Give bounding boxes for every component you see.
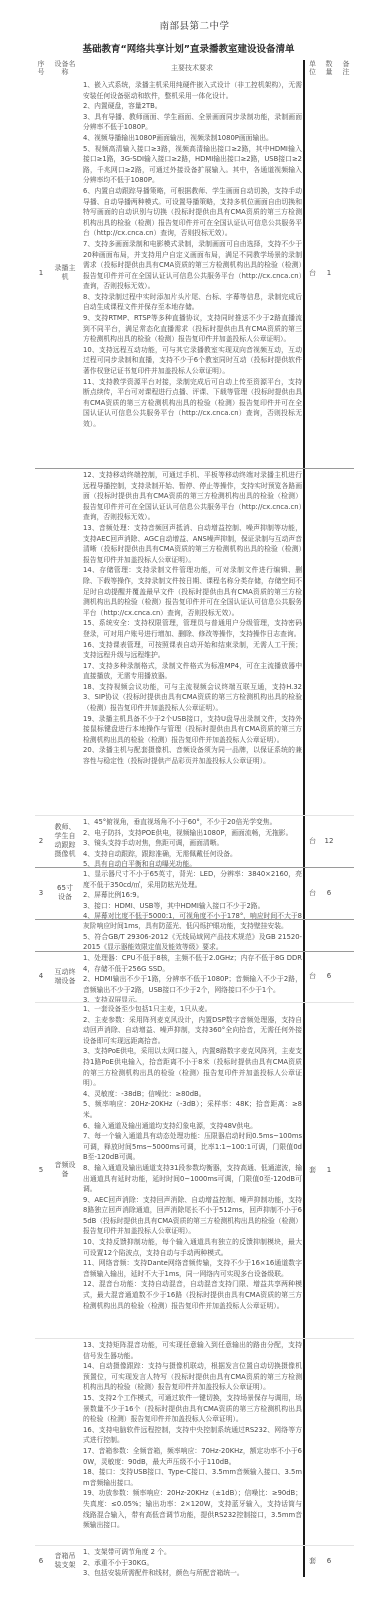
- row-specs: 1、显示器尺寸不小于65英寸，背光：LED，分辨率：3840×2160，亮度不低…: [80, 867, 304, 919]
- row-specs: 13、支持矩阵混音功能，可实现任意输入到任意输出的路由分配，支持信号发生器功能。…: [80, 1338, 304, 1545]
- header-qty: 数量: [321, 58, 337, 78]
- row-qty: 6: [321, 867, 337, 919]
- spec-item: 7、支持多画面录制和电影模式录制，录制画面可自由选择，支持不少于20种画面布局，…: [83, 239, 302, 292]
- spec-item: 11、支持教学资源平台对接，录制完成后可自动上传至资源平台，支持断点续传，平台可…: [83, 377, 302, 430]
- spec-item: 2、HDMI输出不少于1路，分辨率不低于1080P；音频输入不少于2路，音频输出…: [83, 974, 302, 995]
- spec-item: 2、屏幕比例16:9。: [83, 890, 302, 901]
- row-remark: [337, 815, 355, 867]
- table-header: 序号 设备名称 主要技术要求 单位 数量 备注: [33, 58, 355, 78]
- header-unit: 单位: [304, 58, 321, 78]
- spec-item: 10、支持远程互动功能，可与其它录播教室实现双向音视频互动，互动过程可同步录制和…: [83, 345, 302, 377]
- row-no: 1: [33, 78, 49, 468]
- table-row-continuation: 12、支持移动终端控制，可通过手机、平板等移动终端对录播主机进行远程导播控制，支…: [33, 468, 355, 815]
- spec-item: 6、内置自动跟踪导播策略，可根据教师、学生画面自动切换，支持手动导播、自动导播两…: [83, 186, 302, 239]
- table-row: 6 音箱吊装支架 1、支架带可调节角度 2 个。2、承重不小于30KG。3、包括…: [33, 1545, 355, 1577]
- spec-item: 12、支持移动终端控制，可通过手机、平板等移动终端对录播主机进行远程导播控制，支…: [83, 470, 302, 523]
- row-divider: [35, 1338, 354, 1339]
- spec-item: 9、支持RTMP、RTSP等多种直播协议，支持同时推送不少于2路直播流到不同平台…: [83, 313, 302, 345]
- row-name: 音箱吊装支架: [50, 1545, 80, 1577]
- spec-item: 16、支持课表管理，可按照课表自动开始和结束录制，无需人工干预；支持远程升级与远…: [83, 640, 302, 661]
- spec-item: 1、处理器：CPU不低于8核，主频不低于2.0GHz；内存不低于8G DDR4，…: [83, 953, 302, 974]
- spec-item: 18、支持视频会议功能，可与主流视频会议终端互联互通，支持H.323、SIP协议…: [83, 682, 302, 714]
- row-specs: 1、一套设备至少包括1只主麦，1只从麦。2、主麦参数：采用阵列麦克风设计，内置D…: [80, 1002, 304, 1338]
- spec-item: 19、功放参数：频率响应：20Hz-20KHz（±1dB）；信噪比：≥90dB；…: [83, 1488, 302, 1530]
- spec-item: 1、一套设备至少包括1只主麦，1只从麦。: [83, 1004, 302, 1015]
- row-name: 互动终端设备: [50, 951, 80, 1002]
- row-specs: 1、嵌入式系统，录播主机采用纯硬件嵌入式设计（非工控机架构），无需安装任何设备驱…: [80, 78, 304, 468]
- spec-item: 14、存储管理：支持录制文件管理功能，可对录制文件进行编辑、删除、下载等操作，支…: [83, 565, 302, 618]
- table-row-continuation: 灰阶响应时间1ms，具有防蓝光、低闪烁护眼功能，支持壁挂安装。5、符合GB/T …: [33, 919, 355, 951]
- spec-item: 15、系统安全：支持权限管理，管理员与普通用户分级管理，支持密码登录，可对用户账…: [83, 618, 302, 639]
- spec-item: 4、视频导播输出1080P画面输出，视频录制1080P画面输出。: [83, 133, 302, 144]
- spec-item: 4、灵敏度：-38dB；信噪比：≥80dB。: [83, 1089, 302, 1100]
- row-remark: [337, 867, 355, 919]
- table-row: 2 教师、学生自动跟踪摄像机 1、45°俯视角，垂直视场角不小于60°，不少于2…: [33, 815, 355, 867]
- header-name: 设备名称: [50, 58, 80, 78]
- row-unit: 台: [304, 951, 321, 1002]
- spec-item: 2、承重不小于30KG。: [83, 1558, 302, 1569]
- spec-item: 15、支持2个工作模式，可通过软件一键切换，支持场景保存与调用，场景数量不少于1…: [83, 1393, 302, 1425]
- row-divider: [35, 1002, 354, 1003]
- table-row: 5 音频设备 1、一套设备至少包括1只主麦，1只从麦。2、主麦参数：采用阵列麦克…: [33, 1002, 355, 1338]
- spec-item: 13、音频处理：支持音频回声抵消、自动增益控制、噪声抑制等功能，支持AEC回声消…: [83, 523, 302, 565]
- row-specs: 灰阶响应时间1ms，具有防蓝光、低闪烁护眼功能，支持壁挂安装。5、符合GB/T …: [80, 919, 304, 951]
- row-specs: 12、支持移动终端控制，可通过手机、平板等移动终端对录播主机进行远程导播控制，支…: [80, 468, 304, 815]
- spec-item: 1、显示器尺寸不小于65英寸，背光：LED，分辨率：3840×2160，亮度不低…: [83, 869, 302, 890]
- spec-item: 20、录播主机与配套摄像机、音频设备须为同一品牌，以保证系统的兼容性与稳定性（投…: [83, 745, 302, 766]
- row-unit: 台: [304, 815, 321, 867]
- spec-item: 3、镜头支持手动对焦，焦距可调，画面清晰。: [83, 838, 302, 849]
- spec-item: 1、45°俯视角，垂直视场角不小于60°，不少于20倍光学变焦。: [83, 817, 302, 828]
- row-name: 65寸设备: [50, 867, 80, 919]
- spec-item: 17、音箱参数：全频音箱，频率响应：70Hz-20KHz，额定功率不小于60W，…: [83, 1446, 302, 1467]
- row-unit: 套: [304, 1545, 321, 1577]
- row-qty: 6: [321, 1545, 337, 1577]
- spec-item: 5、视频高清输入接口≥3路，视频高清输出接口≥2路，其中HDMI输入接口≥1路，…: [83, 144, 302, 186]
- row-divider: [35, 468, 354, 469]
- spec-item: 1、嵌入式系统，录播主机采用纯硬件嵌入式设计（非工控机架构），无需安装任何设备驱…: [83, 80, 302, 101]
- row-name: 教师、学生自动跟踪摄像机: [50, 815, 80, 867]
- row-remark: [337, 78, 355, 468]
- spec-item: 4、支持自动跟踪，跟踪准确，无需佩戴任何设备。: [83, 849, 302, 860]
- row-unit: 台: [304, 867, 321, 919]
- row-qty: 12: [321, 815, 337, 867]
- spec-item: 1、支架带可调节角度 2 个。: [83, 1547, 302, 1558]
- spec-item: 3、包括安装所需配件和线材，颜色与所配音箱统一。: [83, 1568, 302, 1577]
- document-title: 基础教育“网络共享计划”直录播教室建设设备清单: [0, 44, 383, 56]
- row-remark: [337, 1002, 355, 1338]
- spec-item: 12、混音台功能：支持自动混音，自动混音支持门限、增益共享两种模式，最大混音通道…: [83, 1279, 302, 1311]
- spec-item: 8、支持录制过程中实时添加片头片尾、台标、字幕等信息，录制完成后自动生成课程文件…: [83, 292, 302, 313]
- spec-item: 11、网络音频：支持Dante网络音频传输，支持不少于16×16通道数字音频输入…: [83, 1258, 302, 1279]
- row-qty: 1: [321, 78, 337, 468]
- row-divider: [35, 815, 354, 816]
- row-qty: 1: [321, 1002, 337, 1338]
- spec-item: 5、频率响应：20Hz-20KHz（-3dB）；采样率：48K；拾音距离：≥8米…: [83, 1099, 302, 1120]
- row-divider: [35, 919, 354, 920]
- row-divider: [35, 1545, 354, 1546]
- spec-item: 2、内置硬盘，容量2TB。: [83, 101, 302, 112]
- spec-item: 14、自动摄像跟踪：支持与摄像机联动，根据发言位置自动切换摄像机预置位，可实现发…: [83, 1361, 302, 1393]
- spec-item: 3、具有导播、教师画面、学生画面、全景画面同步录制功能，录制画面分辨率不低于10…: [83, 112, 302, 133]
- spec-item: 6、输入通道及输出通道均支持幻象电源，支持48V供电。: [83, 1121, 302, 1132]
- spec-item: 10、支持反馈抑制功能，每个输入通道具有独立的反馈抑制模块，最大可设置12个陷波…: [83, 1237, 302, 1258]
- spec-item: 5、具有自动白平衡和自动曝光功能。: [83, 859, 302, 867]
- spec-item: 2、电子防抖，支持POE供电，视频输出1080P，画面流畅，无拖影。: [83, 828, 302, 839]
- spec-item: 17、支持多种录制格式，录制文件格式为标准MP4，可在主流播放器中直接播放，无需…: [83, 661, 302, 682]
- row-name: 录播主机: [50, 78, 80, 468]
- spec-item: 8、输入通道及输出通道支持31段参数均衡器，支持高通、低通滤波，输出通道具有延时…: [83, 1163, 302, 1195]
- spec-item: 18、接口：支持USB接口、Type-C接口、3.5mm音频输入接口、3.5mm…: [83, 1467, 302, 1488]
- table-row: 4 互动终端设备 1、处理器：CPU不低于8核，主频不低于2.0GHz；内存不低…: [33, 951, 355, 1002]
- spec-item: 19、录播主机具备不少于2个USB接口，支持U盘导出录制文件，支持外接鼠标键盘进…: [83, 714, 302, 746]
- spec-item: 3、接口：HDMI、USB等，其中HDMI输入接口不少于2路。: [83, 901, 302, 912]
- spec-item: 灰阶响应时间1ms，具有防蓝光、低闪烁护眼功能，支持壁挂安装。: [83, 921, 302, 932]
- spec-item: 2、主麦参数：采用阵列麦克风设计，内置DSP数字音频处理器，支持自动回声消除、自…: [83, 1015, 302, 1047]
- row-specs: 1、支架带可调节角度 2 个。2、承重不小于30KG。3、包括安装所需配件和线材…: [80, 1545, 304, 1577]
- spec-item: 16、支持电脑软件远程控制，支持中央控制系统通过RS232、网络等方式进行控制。: [83, 1425, 302, 1446]
- table-row: 3 65寸设备 1、显示器尺寸不小于65英寸，背光：LED，分辨率：3840×2…: [33, 867, 355, 919]
- spec-item: 13、支持矩阵混音功能，可实现任意输入到任意输出的路由分配，支持信号发生器功能。: [83, 1340, 302, 1361]
- row-unit: 台: [304, 78, 321, 468]
- spec-item: 3、支持PoE供电，采用以太网口接入，内置8路数字麦克风阵列，主麦支持1路PoE…: [83, 1046, 302, 1088]
- row-divider: [35, 867, 354, 868]
- row-specs: 1、45°俯视角，垂直视场角不小于60°，不少于20倍光学变焦。2、电子防抖，支…: [80, 815, 304, 867]
- school-name: 南部县第二中学: [0, 21, 389, 33]
- row-no: 2: [33, 815, 49, 867]
- document-page: 南部县第二中学 基础教育“网络共享计划”直录播教室建设设备清单 序号 设备名称 …: [0, 0, 389, 1600]
- table-row: 1 录播主机 1、嵌入式系统，录播主机采用纯硬件嵌入式设计（非工控机架构），无需…: [33, 78, 355, 468]
- row-unit: 套: [304, 1002, 321, 1338]
- spec-item: 9、AEC回声消除：支持回声消除、自动增益控制、噪声抑制功能，支持8路独立回声消…: [83, 1195, 302, 1237]
- spec-item: 4、屏幕对比度不低于5000:1，可视角度不小于178°，响应时间不大于8ms，: [83, 911, 302, 919]
- spec-item: 5、符合GB/T 29306-2012《无线局域网产品技术规范》及GB 2152…: [83, 932, 302, 951]
- header-spec: 主要技术要求: [80, 58, 304, 78]
- row-divider: [35, 951, 354, 952]
- row-remark: [337, 1545, 355, 1577]
- row-no: 6: [33, 1545, 49, 1577]
- row-remark: [337, 951, 355, 1002]
- header-remark: 备注: [337, 58, 355, 78]
- spec-item: 3、支持双屏显示。: [83, 995, 302, 1002]
- row-no: 5: [33, 1002, 49, 1338]
- column-divider: [303, 60, 305, 1577]
- header-no: 序号: [33, 58, 49, 78]
- row-name: 音频设备: [50, 1002, 80, 1338]
- row-specs: 1、处理器：CPU不低于8核，主频不低于2.0GHz；内存不低于8G DDR4，…: [80, 951, 304, 1002]
- row-no: 4: [33, 951, 49, 1002]
- spec-item: 7、每一个输入通道具有动态处理功能：压限器启动时间0.5ms~100ms可调，释…: [83, 1131, 302, 1163]
- table-row-continuation: 13、支持矩阵混音功能，可实现任意输入到任意输出的路由分配，支持信号发生器功能。…: [33, 1338, 355, 1545]
- row-no: 3: [33, 867, 49, 919]
- row-qty: 6: [321, 951, 337, 1002]
